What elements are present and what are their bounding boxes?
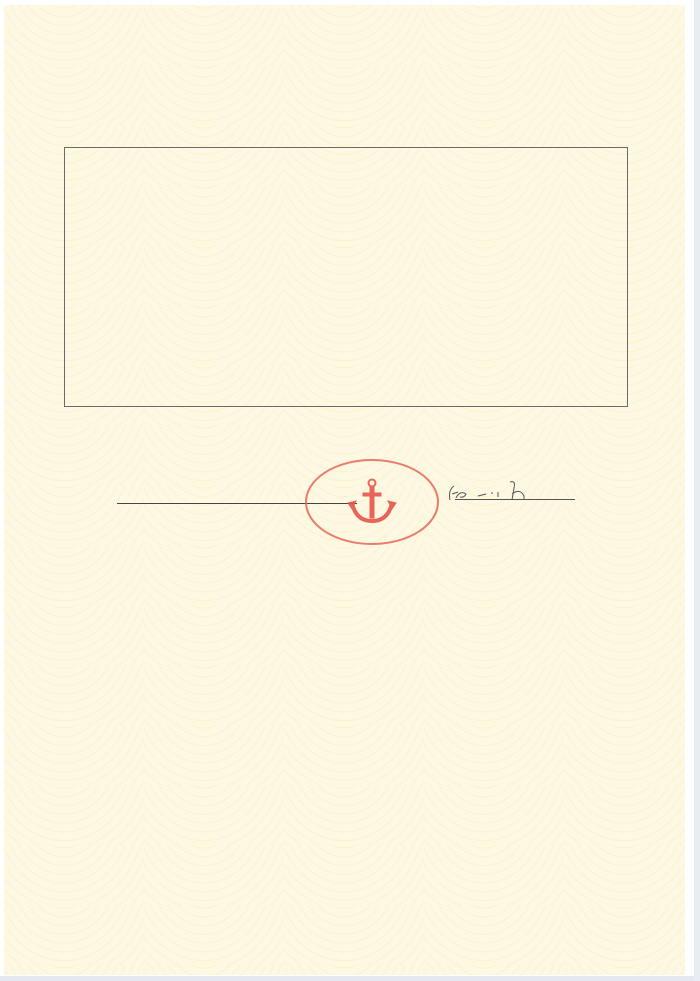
viewer-edge-bottom: [0, 976, 694, 981]
checklist-table: [64, 147, 628, 407]
anchor-icon: [348, 480, 396, 522]
ccs-seal-stamp: [302, 457, 442, 547]
signature-line: [455, 499, 575, 500]
surveyor-signature: [444, 478, 544, 504]
viewer-edge-right: [694, 0, 700, 981]
